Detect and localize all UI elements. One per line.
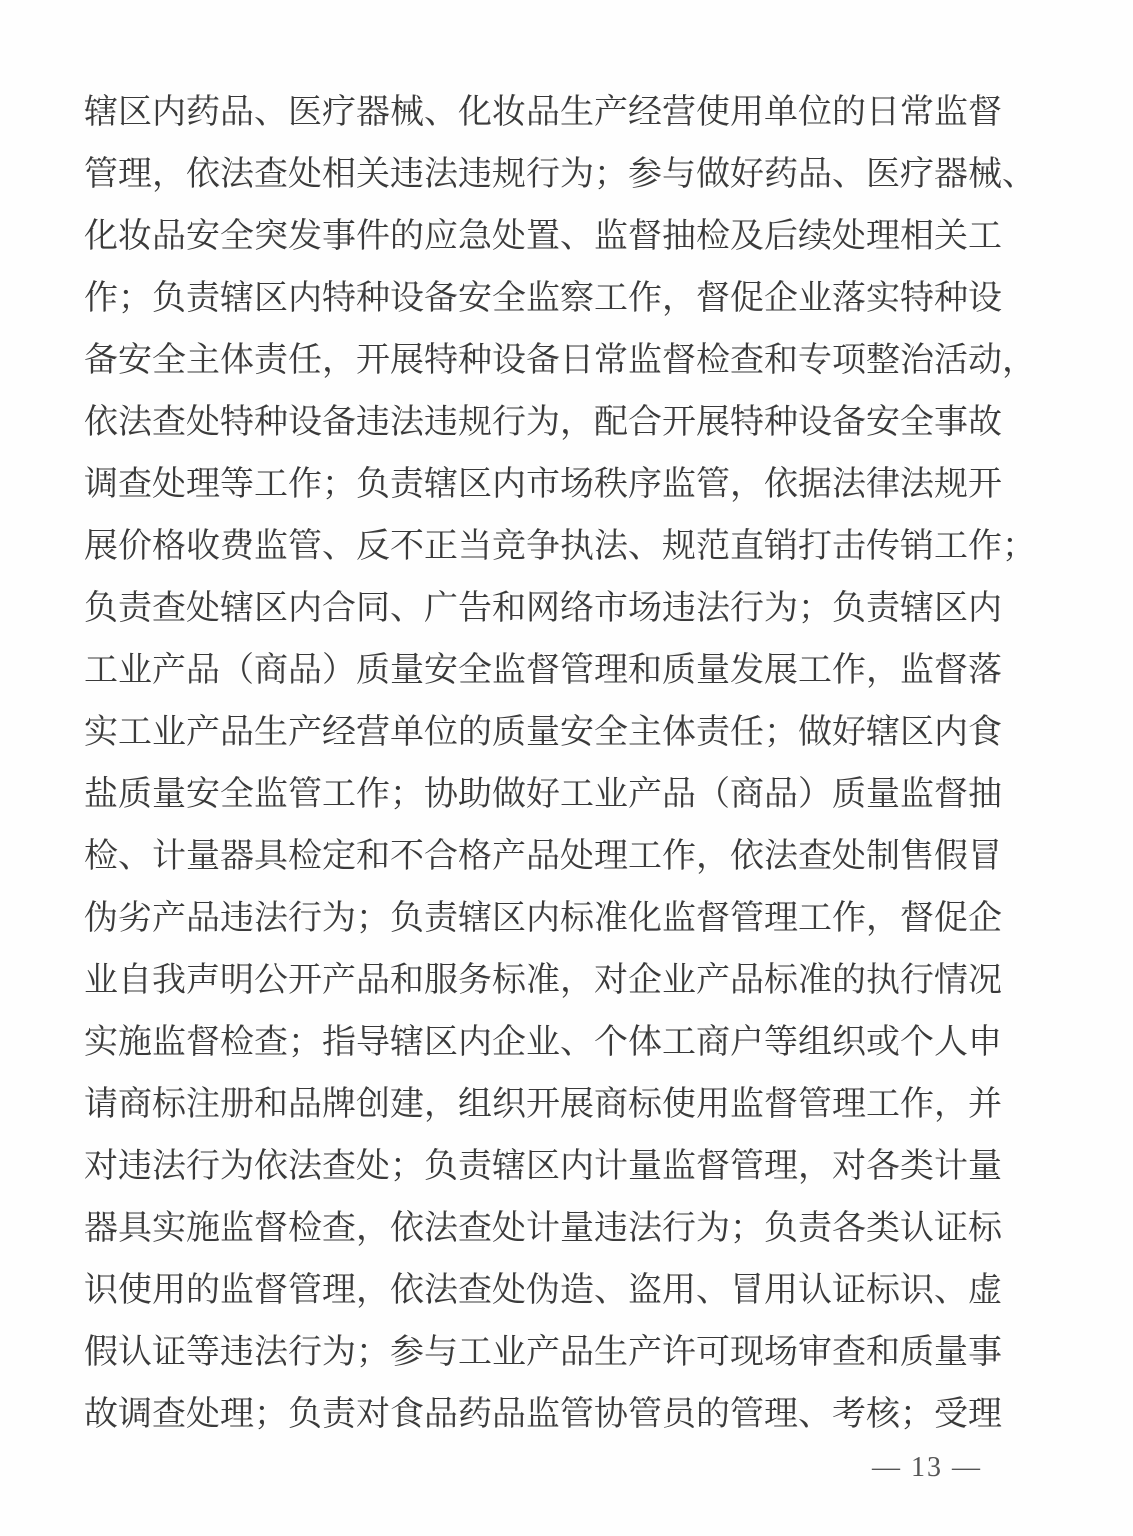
text-line: 故调查处理；负责对食品药品监管协管员的管理、考核；受理 bbox=[84, 1385, 989, 1447]
page-number: — 13 — bbox=[862, 1452, 992, 1484]
text-line: 备安全主体责任，开展特种设备日常监督检查和专项整治活动， bbox=[84, 331, 989, 393]
text-line: 检、计量器具检定和不合格产品处理工作，依法查处制售假冒 bbox=[84, 827, 989, 889]
text-line: 假认证等违法行为；参与工业产品生产许可现场审查和质量事 bbox=[84, 1323, 989, 1385]
text-line: 作；负责辖区内特种设备安全监察工作，督促企业落实特种设 bbox=[84, 269, 989, 331]
text-line: 展价格收费监管、反不正当竞争执法、规范直销打击传销工作； bbox=[84, 517, 989, 579]
text-line: 盐质量安全监管工作；协助做好工业产品（商品）质量监督抽 bbox=[84, 765, 989, 827]
text-line: 依法查处特种设备违法违规行为，配合开展特种设备安全事故 bbox=[84, 393, 989, 455]
document-page: 辖区内药品、医疗器械、化妆品生产经营使用单位的日常监督管理，依法查处相关违法违规… bbox=[0, 0, 1133, 1536]
text-line: 请商标注册和品牌创建，组织开展商标使用监督管理工作，并 bbox=[84, 1075, 989, 1137]
text-line: 伪劣产品违法行为；负责辖区内标准化监督管理工作，督促企 bbox=[84, 889, 989, 951]
body-text: 辖区内药品、医疗器械、化妆品生产经营使用单位的日常监督管理，依法查处相关违法违规… bbox=[84, 83, 989, 1447]
text-line: 调查处理等工作；负责辖区内市场秩序监管，依据法律法规开 bbox=[84, 455, 989, 517]
text-line: 业自我声明公开产品和服务标准，对企业产品标准的执行情况 bbox=[84, 951, 989, 1013]
text-line: 识使用的监督管理，依法查处伪造、盗用、冒用认证标识、虚 bbox=[84, 1261, 989, 1323]
text-line: 辖区内药品、医疗器械、化妆品生产经营使用单位的日常监督 bbox=[84, 83, 989, 145]
text-line: 对违法行为依法查处；负责辖区内计量监督管理，对各类计量 bbox=[84, 1137, 989, 1199]
text-line: 化妆品安全突发事件的应急处置、监督抽检及后续处理相关工 bbox=[84, 207, 989, 269]
text-line: 管理，依法查处相关违法违规行为；参与做好药品、医疗器械、 bbox=[84, 145, 989, 207]
text-line: 实施监督检查；指导辖区内企业、个体工商户等组织或个人申 bbox=[84, 1013, 989, 1075]
text-line: 工业产品（商品）质量安全监督管理和质量发展工作，监督落 bbox=[84, 641, 989, 703]
text-line: 负责查处辖区内合同、广告和网络市场违法行为；负责辖区内 bbox=[84, 579, 989, 641]
text-line: 实工业产品生产经营单位的质量安全主体责任；做好辖区内食 bbox=[84, 703, 989, 765]
text-line: 器具实施监督检查，依法查处计量违法行为；负责各类认证标 bbox=[84, 1199, 989, 1261]
